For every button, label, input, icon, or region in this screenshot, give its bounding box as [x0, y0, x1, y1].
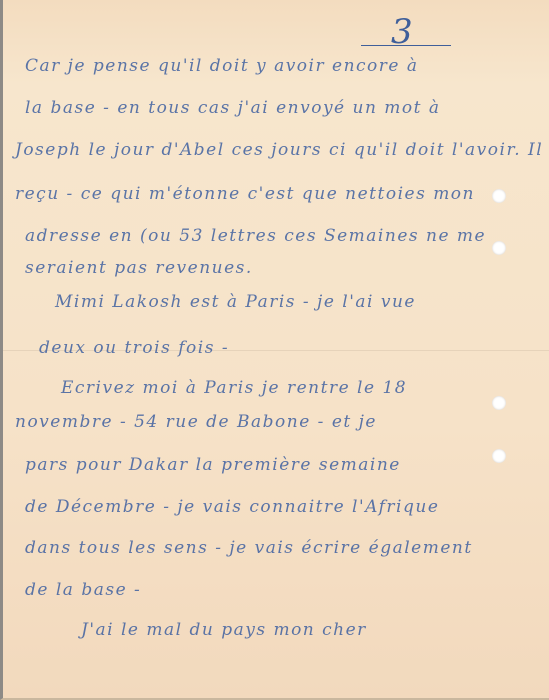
- handwritten-line: adresse en (ou 53 lettres ces Semaines n…: [25, 226, 486, 246]
- punch-hole: [492, 241, 506, 255]
- handwritten-line: Ecrivez moi à Paris je rentre le 18: [61, 378, 407, 398]
- handwritten-line: seraient pas revenues.: [25, 258, 253, 278]
- letter-page: 3 Car je pense qu'il doit y avoir encore…: [0, 0, 549, 700]
- punch-hole: [492, 449, 506, 463]
- handwritten-line: de Décembre - je vais connaitre l'Afriqu…: [25, 497, 439, 517]
- handwritten-line: novembre - 54 rue de Babone - et je: [15, 412, 377, 432]
- handwritten-line: Car je pense qu'il doit y avoir encore à: [25, 56, 419, 76]
- handwritten-line: deux ou trois fois -: [39, 338, 229, 358]
- page-number-underline: [361, 45, 451, 46]
- handwritten-line: reçu - ce qui m'étonne c'est que nettoie…: [15, 184, 475, 204]
- handwritten-line: la base - en tous cas j'ai envoyé un mot…: [25, 98, 441, 118]
- punch-hole: [492, 396, 506, 410]
- handwritten-line: dans tous les sens - je vais écrire égal…: [25, 538, 473, 558]
- handwritten-line: J'ai le mal du pays mon cher: [81, 620, 367, 640]
- page-number: 3: [391, 12, 413, 52]
- punch-hole: [492, 189, 506, 203]
- handwritten-line: Mimi Lakosh est à Paris - je l'ai vue: [55, 292, 416, 312]
- handwritten-line: de la base -: [25, 580, 141, 600]
- handwritten-line: Joseph le jour d'Abel ces jours ci qu'il…: [15, 140, 543, 160]
- handwritten-line: pars pour Dakar la première semaine: [25, 455, 401, 475]
